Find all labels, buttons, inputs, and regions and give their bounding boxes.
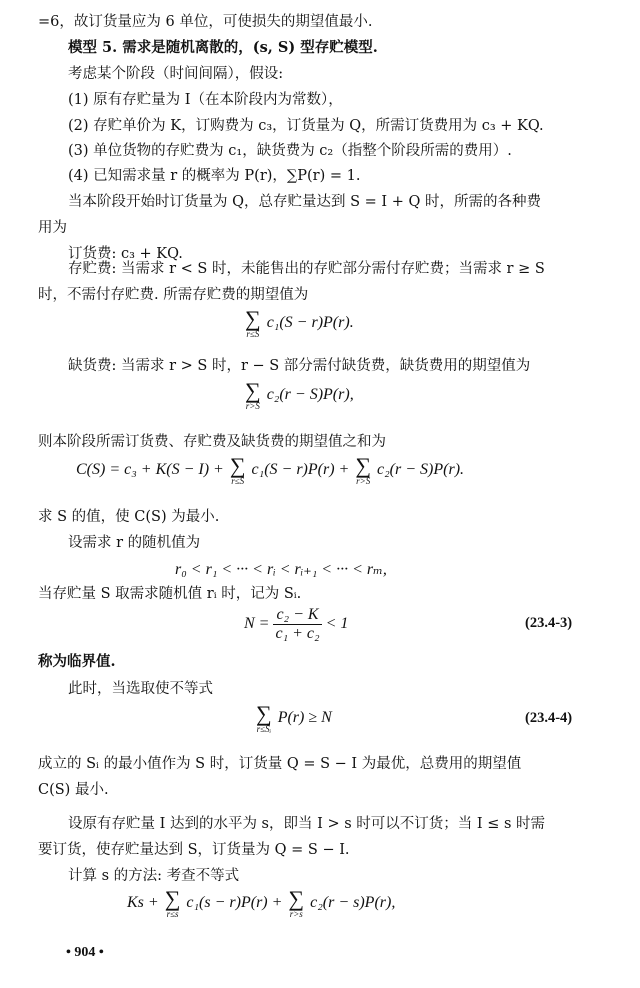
equation-number: (23.4-3) xyxy=(525,615,572,632)
text-line: 则本阶段所需订货费、存贮费及缺货费的期望值之和为 xyxy=(38,432,386,452)
assumption-1: (1) 原有存贮量为 I（在本阶段内为常数）， xyxy=(68,90,343,110)
equation-shortage-expectation: ∑r>S c₂(r − S)P(r), xyxy=(243,380,354,411)
shortage-cost-line: 缺货费: 当需求 r > S 时，r − S 部分需付缺货费，缺货费用的期望值为 xyxy=(68,356,530,376)
text-line: =6，故订货量应为 6 单位，可使损失的期望值最小. xyxy=(38,12,372,32)
text-line: 当本阶段开始时订货量为 Q，总存贮量达到 S = I + Q 时，所需的各种费 xyxy=(68,192,541,212)
text-line: 时，不需付存贮费. 所需存贮费的期望值为 xyxy=(38,285,308,305)
text-line: 此时，当选取使不等式 xyxy=(68,679,213,699)
text-line: 考虑某个阶段（时间间隔），假设: xyxy=(68,64,283,84)
equation-total-cost: C(S) = c₃ + K(S − I) + ∑r≤S c₁(S − r)P(r… xyxy=(76,455,464,486)
equation-inequality: ∑r≤Sᵢ P(r) ≥ N xyxy=(254,703,332,734)
equation-s-criterion: Ks + ∑r≤s c₁(s − r)P(r) + ∑r>s c₂(r − s)… xyxy=(127,888,395,919)
text-line: 称为临界值. xyxy=(38,652,116,672)
storage-cost-line: 存贮费: 当需求 r < S 时，未能售出的存贮部分需付存贮费；当需求 r ≥ … xyxy=(68,259,545,279)
equation-ordered-values: r₀ < r₁ < ··· < rᵢ < rᵢ₊₁ < ··· < rₘ, xyxy=(175,559,387,579)
text-line: 求 S 的值，使 C(S) 为最小. xyxy=(38,507,219,527)
equation-number: (23.4-4) xyxy=(525,710,572,727)
text-line: 计算 s 的方法: 考查不等式 xyxy=(68,866,239,886)
assumption-4: (4) 已知需求量 r 的概率为 P(r)，∑P(r) = 1. xyxy=(68,166,360,186)
page-number: • 904 • xyxy=(66,945,104,961)
section-heading: 模型 5. 需求是随机离散的，(s, S) 型存贮模型. xyxy=(68,38,378,58)
assumption-2: (2) 存贮单价为 K，订购费为 c₃，订货量为 Q，所需订货费用为 c₃ + … xyxy=(68,116,544,136)
text-line: 当存贮量 S 取需求随机值 rᵢ 时，记为 Sᵢ. xyxy=(38,584,301,604)
text-line: 设原有存贮量 I 达到的水平为 s，即当 I > s 时可以不订货；当 I ≤ … xyxy=(68,814,545,834)
text-line: 用为 xyxy=(38,218,67,238)
text-line: 要订货，使存贮量达到 S，订货量为 Q = S − I. xyxy=(38,840,350,860)
text-line: C(S) 最小. xyxy=(38,780,109,800)
equation-storage-expectation: ∑r≤S c₁(S − r)P(r). xyxy=(243,308,354,339)
equation-critical-value: N = c₂ − Kc₁ + c₂ < 1 xyxy=(244,606,348,643)
assumption-3: (3) 单位货物的存贮费为 c₁，缺货费为 c₂（指整个阶段所需的费用）. xyxy=(68,141,512,161)
text-line: 成立的 Sᵢ 的最小值作为 S 时，订货量 Q = S − I 为最优，总费用的… xyxy=(38,754,521,774)
text-line: 设需求 r 的随机值为 xyxy=(68,533,200,553)
